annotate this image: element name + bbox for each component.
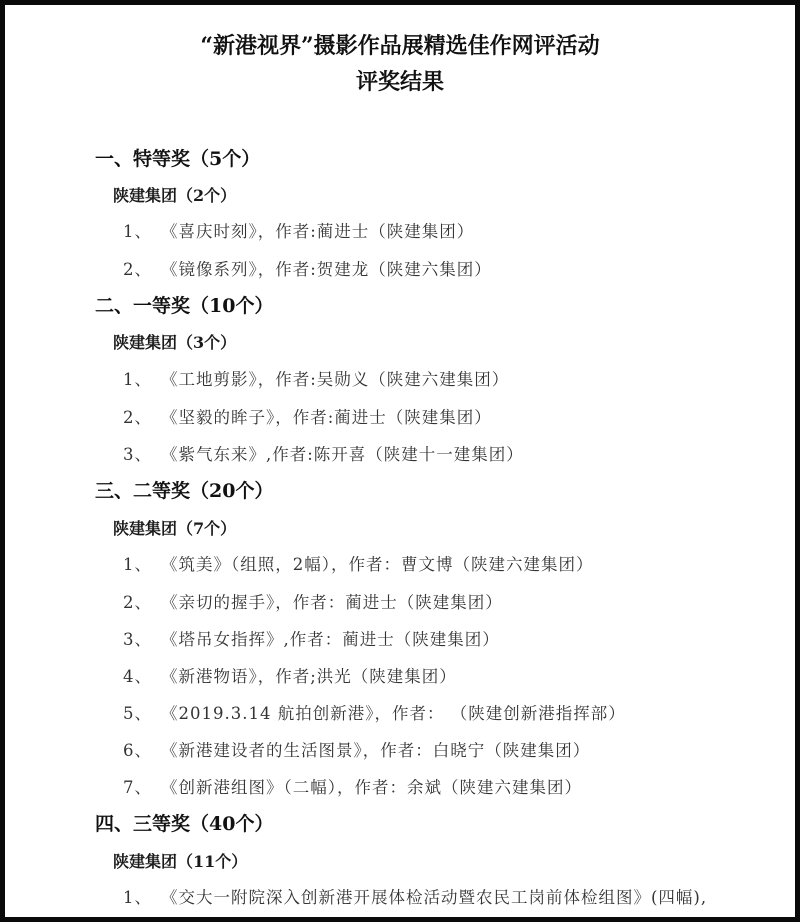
list-item: 1、《交大一附院深入创新港开展体检活动暨农民工岗前体检组图》(四幅), [123, 884, 707, 908]
item-text: 《紫气东来》,作者:陈开喜（陕建十一建集团） [161, 445, 524, 464]
item-text: 《新港物语》，作者;洪光（陕建集团） [161, 667, 457, 686]
document-title: “新港视界”摄影作品展精选佳作网评活动 [5, 29, 795, 60]
list-item: 1、《筑美》（组照，2幅），作者：曹文博（陕建六建集团） [123, 551, 594, 575]
list-item: 1、《工地剪影》，作者:吴勋义（陕建六建集团） [123, 366, 509, 390]
list-item: 2、《坚毅的眸子》，作者:蔺进士（陕建集团） [123, 404, 492, 428]
item-number: 3、 [123, 441, 161, 465]
item-text: 《2019.3.14 航拍创新港》，作者： （陕建创新港指挥部） [161, 704, 626, 723]
section-heading-first-prize: 二、一等奖（10个） [95, 291, 273, 318]
section-heading-second-prize: 三、二等奖（20个） [95, 476, 273, 503]
item-number: 1、 [123, 551, 161, 575]
section-heading-third-prize: 四、三等奖（40个） [95, 809, 273, 836]
item-number: 6、 [123, 737, 161, 761]
item-number: 1、 [123, 218, 161, 242]
item-text: 《镜像系列》，作者:贺建龙（陕建六集团） [161, 260, 492, 279]
item-text: 《筑美》（组照，2幅），作者：曹文博（陕建六建集团） [161, 555, 594, 574]
list-item: 5、《2019.3.14 航拍创新港》，作者： （陕建创新港指挥部） [123, 700, 626, 724]
item-number: 2、 [123, 256, 161, 280]
item-text: 《喜庆时刻》，作者:蔺进士（陕建集团） [161, 222, 474, 241]
list-item: 1、《喜庆时刻》，作者:蔺进士（陕建集团） [123, 218, 474, 242]
list-item: 7、《创新港组图》（二幅），作者：余斌（陕建六建集团） [123, 774, 582, 798]
list-item: 6、《新港建设者的生活图景》，作者：白晓宁（陕建集团） [123, 737, 590, 761]
document-subtitle: 评奖结果 [5, 65, 795, 96]
list-item: 2、《镜像系列》，作者:贺建龙（陕建六集团） [123, 256, 492, 280]
list-item: 3、《紫气东来》,作者:陈开喜（陕建十一建集团） [123, 441, 524, 465]
list-item: 4、《新港物语》，作者;洪光（陕建集团） [123, 663, 457, 687]
item-number: 3、 [123, 626, 161, 650]
group-heading: 陕建集团（7个） [113, 516, 236, 539]
document-page: “新港视界”摄影作品展精选佳作网评活动 评奖结果 一、特等奖（5个） 陕建集团（… [5, 5, 795, 917]
section-heading-special-award: 一、特等奖（5个） [95, 144, 260, 171]
group-heading: 陕建集团（2个） [113, 183, 236, 206]
item-text: 《坚毅的眸子》，作者:蔺进士（陕建集团） [161, 408, 492, 427]
item-number: 1、 [123, 366, 161, 390]
item-text: 《交大一附院深入创新港开展体检活动暨农民工岗前体检组图》(四幅), [161, 888, 707, 907]
list-item: 2、《亲切的握手》，作者：蔺进士（陕建集团） [123, 589, 503, 613]
item-text: 《塔吊女指挥》,作者：蔺进士（陕建集团） [161, 630, 500, 649]
item-number: 1、 [123, 884, 161, 908]
list-item: 3、《塔吊女指挥》,作者：蔺进士（陕建集团） [123, 626, 500, 650]
item-text: 《工地剪影》，作者:吴勋义（陕建六建集团） [161, 370, 509, 389]
item-number: 2、 [123, 589, 161, 613]
group-heading: 陕建集团（11个） [113, 849, 247, 872]
item-number: 2、 [123, 404, 161, 428]
item-number: 7、 [123, 774, 161, 798]
item-number: 4、 [123, 663, 161, 687]
item-text: 《亲切的握手》，作者：蔺进士（陕建集团） [161, 593, 503, 612]
item-text: 《新港建设者的生活图景》，作者：白晓宁（陕建集团） [161, 741, 590, 760]
item-number: 5、 [123, 700, 161, 724]
item-text: 《创新港组图》（二幅），作者：余斌（陕建六建集团） [161, 778, 582, 797]
group-heading: 陕建集团（3个） [113, 330, 236, 353]
